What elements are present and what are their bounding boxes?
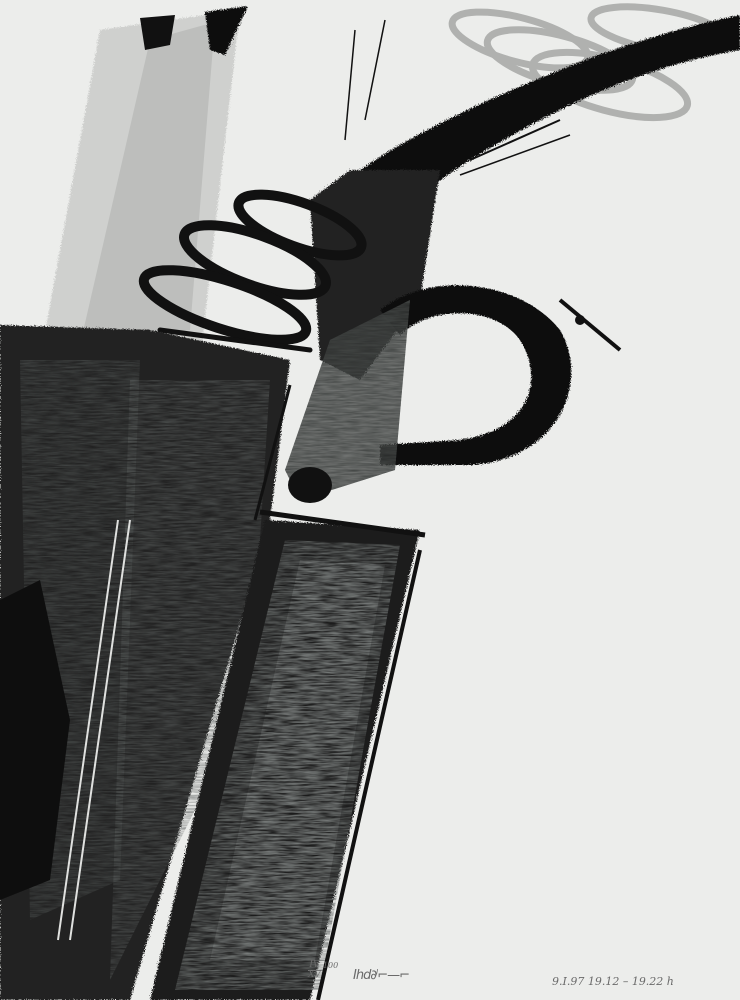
ink-artwork	[0, 0, 740, 1000]
edition-denominator: XV	[308, 971, 321, 980]
artist-signature: Ihd∂ˡ⌐—⌐	[353, 968, 409, 983]
edition-fraction: IV XV	[308, 961, 321, 980]
edition-number: IV XV 100	[308, 961, 338, 980]
date-inscription: 9.I.97 19.12 – 19.22 h	[552, 975, 674, 988]
grey-wash-column	[40, 6, 248, 360]
edition-total: 100	[323, 961, 338, 970]
